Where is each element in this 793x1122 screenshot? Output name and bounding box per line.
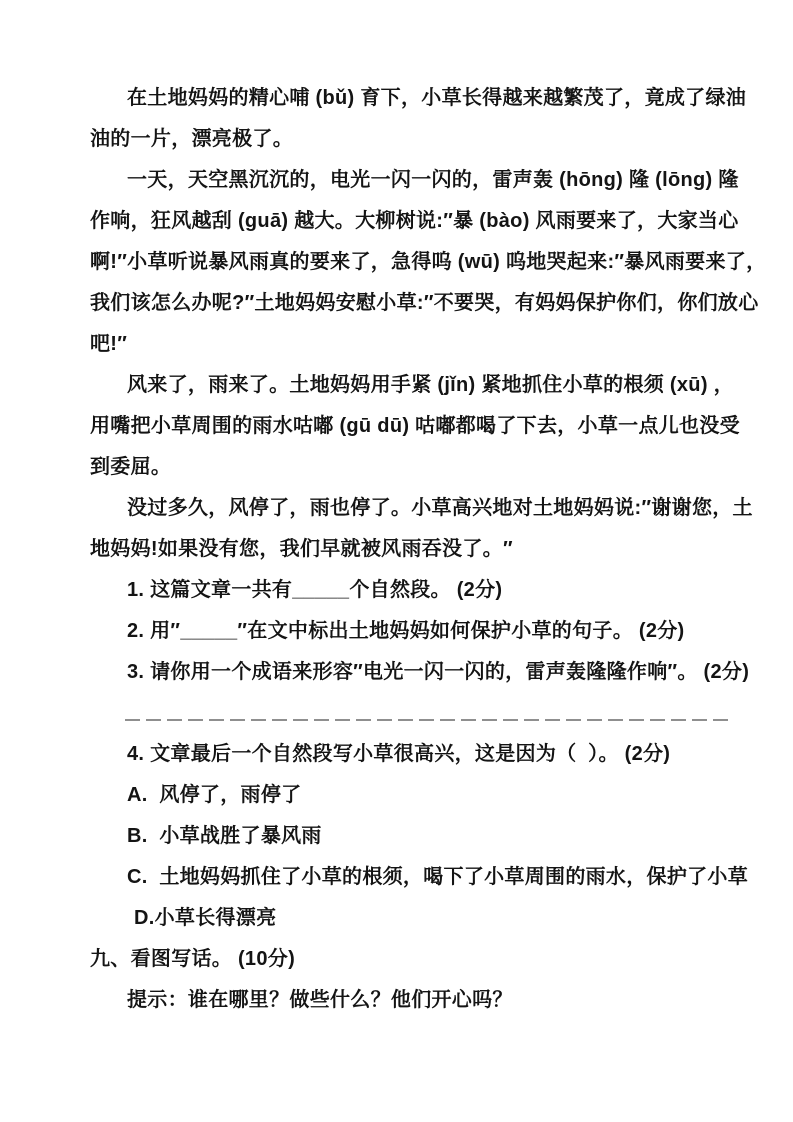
question-4-option-a: A. 风停了，雨停了 xyxy=(90,775,735,816)
passage-p2-line5: 吧!″ xyxy=(90,324,735,365)
question-4-option-b: B. 小草战胜了暴风雨 xyxy=(90,816,735,857)
question-4-option-c: C. 土地妈妈抓住了小草的根须，喝下了小草周围的雨水，保护了小草 xyxy=(90,857,735,898)
section-9-heading: 九、看图写话。 (10分) xyxy=(90,939,735,980)
passage-p3-line2: 用嘴把小草周围的雨水咕嘟 (gū dū) 咕嘟都喝了下去，小草一点儿也没受 xyxy=(90,406,735,447)
passage-p2-line2: 作响，狂风越刮 (guā) 越大。大柳树说:″暴 (bào) 风雨要来了，大家当… xyxy=(90,201,735,242)
passage-p4-line1: 没过多久，风停了，雨也停了。小草高兴地对土地妈妈说:″谢谢您，土 xyxy=(90,488,735,529)
passage-p3-line3: 到委屈。 xyxy=(90,447,735,488)
worksheet-content: 在土地妈妈的精心哺 (bǔ) 育下，小草长得越来越繁茂了，竟成了绿油 油的一片，… xyxy=(0,0,793,1021)
passage-p2-line1: 一天，天空黑沉沉的，电光一闪一闪的，雷声轰 (hōng) 隆 (lōng) 隆 xyxy=(90,160,735,201)
question-3-answer-row xyxy=(90,693,735,734)
passage-p2-line3: 啊!″小草听说暴风雨真的要来了，急得呜 (wū) 呜地哭起来:″暴风雨要来了， xyxy=(90,242,735,283)
answer-blank-line xyxy=(125,719,732,721)
passage-p3-line1: 风来了，雨来了。土地妈妈用手紧 (jǐn) 紧地抓住小草的根须 (xū) ， xyxy=(90,365,735,406)
section-9-hint: 提示：谁在哪里？做些什么？他们开心吗？ xyxy=(90,980,735,1021)
question-3: 3. 请你用一个成语来形容″电光一闪一闪的，雷声轰隆隆作响″。 (2分) xyxy=(90,652,735,693)
worksheet-page: 在土地妈妈的精心哺 (bǔ) 育下，小草长得越来越繁茂了，竟成了绿油 油的一片，… xyxy=(0,0,793,1122)
question-4: 4. 文章最后一个自然段写小草很高兴，这是因为（ ）。 (2分) xyxy=(90,734,735,775)
question-2: 2. 用″_____″在文中标出土地妈妈如何保护小草的句子。 (2分) xyxy=(90,611,735,652)
passage-p1-line2: 油的一片，漂亮极了。 xyxy=(90,119,735,160)
passage-p4-line2: 地妈妈!如果没有您，我们早就被风雨吞没了。″ xyxy=(90,529,735,570)
question-4-option-d: D.小草长得漂亮 xyxy=(90,898,735,939)
question-1: 1. 这篇文章一共有_____个自然段。 (2分) xyxy=(90,570,735,611)
passage-p2-line4: 我们该怎么办呢?″土地妈妈安慰小草:″不要哭，有妈妈保护你们，你们放心 xyxy=(90,283,735,324)
passage-p1-line1: 在土地妈妈的精心哺 (bǔ) 育下，小草长得越来越繁茂了，竟成了绿油 xyxy=(90,78,735,119)
